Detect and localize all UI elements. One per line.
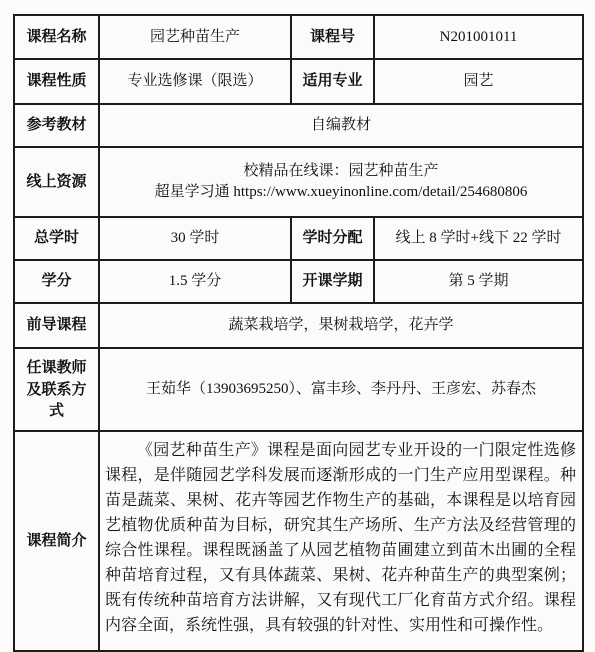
- teachers-contact-label-text: 任课教师及联系方式: [25, 357, 89, 422]
- course-name-label: 课程名称: [14, 15, 99, 59]
- table-row: 前导课程 蔬菜栽培学，果树栽培学，花卉学: [14, 303, 583, 348]
- credits-value: 1.5 学分: [99, 260, 291, 303]
- semester-label: 开课学期: [291, 260, 374, 303]
- hours-allocation-label: 学时分配: [291, 217, 374, 260]
- total-hours-value: 30 学时: [99, 217, 291, 260]
- table-row: 课程性质 专业选修课（限选） 适用专业 园艺: [14, 59, 583, 104]
- table-row: 课程名称 园艺种苗生产 课程号 N201001011: [14, 15, 583, 59]
- applicable-major-value: 园艺: [374, 59, 583, 104]
- course-number-label: 课程号: [291, 15, 374, 59]
- course-name-value: 园艺种苗生产: [99, 15, 291, 59]
- applicable-major-label: 适用专业: [291, 59, 374, 104]
- hours-allocation-value: 线上 8 学时+线下 22 学时: [374, 217, 583, 260]
- course-intro-value: 《园艺种苗生产》课程是面向园艺专业开设的一门限定性选修课程，是伴随园艺学科发展而…: [99, 431, 583, 651]
- table-row: 学分 1.5 学分 开课学期 第 5 学期: [14, 260, 583, 303]
- total-hours-label: 总学时: [14, 217, 99, 260]
- online-resources-value: 校精品在线课：园艺种苗生产 超星学习通 https://www.xueyinon…: [99, 147, 583, 217]
- course-intro-label: 课程简介: [14, 431, 99, 651]
- prerequisite-courses-value: 蔬菜栽培学，果树栽培学，花卉学: [99, 303, 583, 348]
- table-row: 总学时 30 学时 学时分配 线上 8 学时+线下 22 学时: [14, 217, 583, 260]
- reference-textbook-label: 参考教材: [14, 104, 99, 147]
- course-info-sheet: 课程名称 园艺种苗生产 课程号 N201001011 课程性质 专业选修课（限选…: [13, 14, 584, 652]
- course-info-table: 课程名称 园艺种苗生产 课程号 N201001011 课程性质 专业选修课（限选…: [13, 14, 584, 652]
- table-row: 课程简介 《园艺种苗生产》课程是面向园艺专业开设的一门限定性选修课程，是伴随园艺…: [14, 431, 583, 651]
- table-row: 线上资源 校精品在线课：园艺种苗生产 超星学习通 https://www.xue…: [14, 147, 583, 217]
- teachers-contact-label: 任课教师及联系方式: [14, 348, 99, 431]
- online-resource-url-line: 超星学习通 https://www.xueyinonline.com/detai…: [104, 182, 578, 203]
- prerequisite-courses-label: 前导课程: [14, 303, 99, 348]
- course-number-value: N201001011: [374, 15, 583, 59]
- course-nature-label: 课程性质: [14, 59, 99, 104]
- semester-value: 第 5 学期: [374, 260, 583, 303]
- teachers-contact-value: 王茹华（13903695250）、富丰珍、李丹丹、王彦宏、苏春杰: [99, 348, 583, 431]
- reference-textbook-value: 自编教材: [99, 104, 583, 147]
- course-nature-value: 专业选修课（限选）: [99, 59, 291, 104]
- online-resources-label: 线上资源: [14, 147, 99, 217]
- table-row: 参考教材 自编教材: [14, 104, 583, 147]
- online-resource-course-line: 校精品在线课：园艺种苗生产: [104, 161, 578, 182]
- credits-label: 学分: [14, 260, 99, 303]
- course-intro-paragraph: 《园艺种苗生产》课程是面向园艺专业开设的一门限定性选修课程，是伴随园艺学科发展而…: [105, 438, 576, 638]
- table-row: 任课教师及联系方式 王茹华（13903695250）、富丰珍、李丹丹、王彦宏、苏…: [14, 348, 583, 431]
